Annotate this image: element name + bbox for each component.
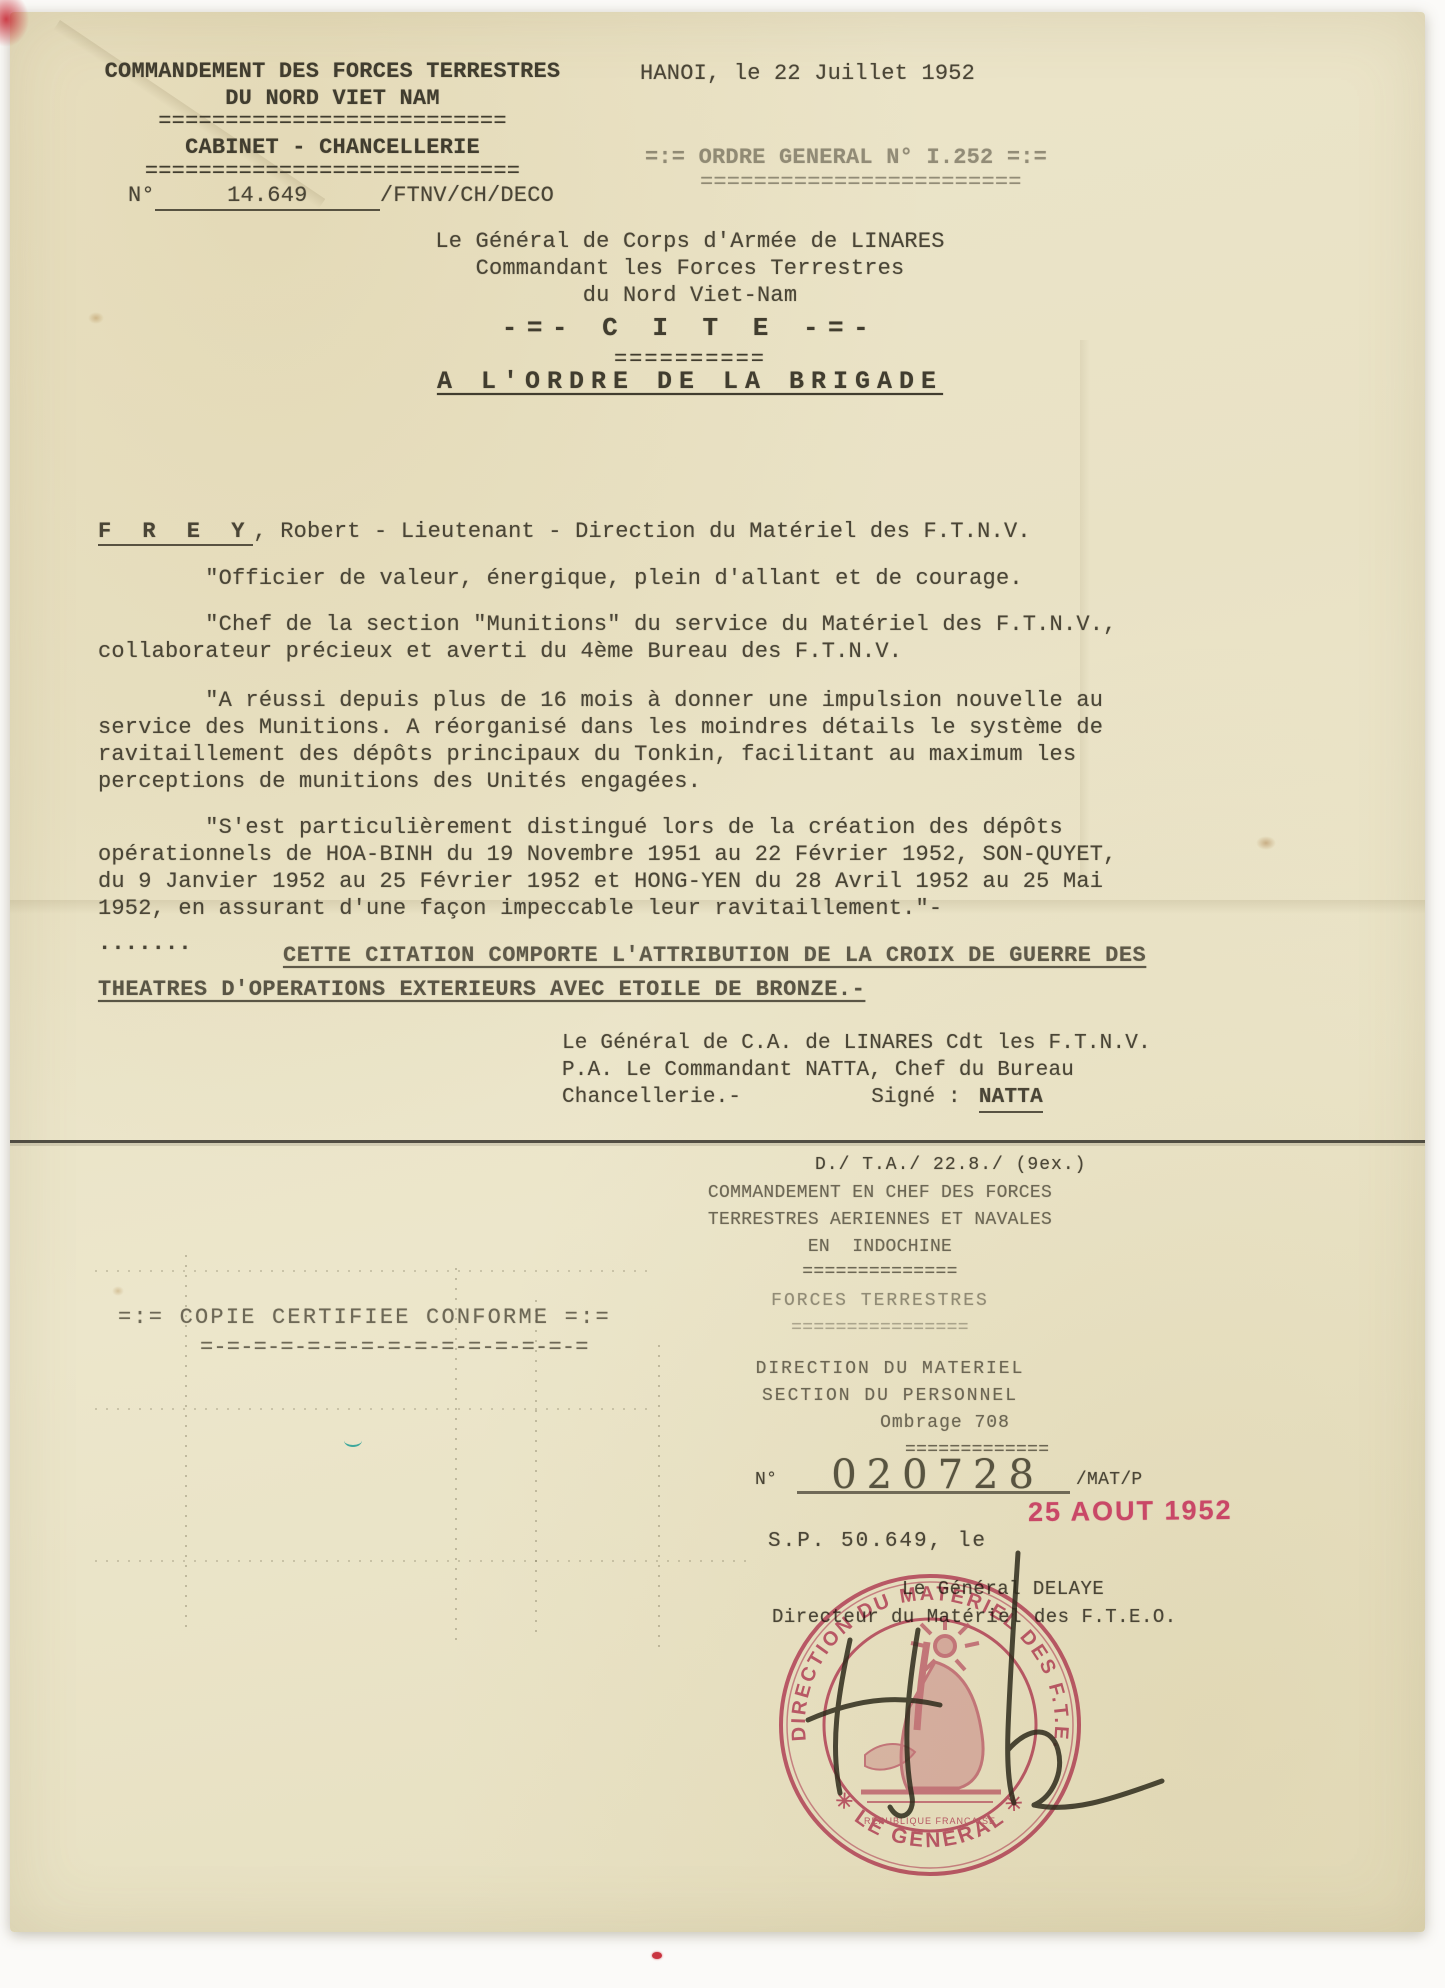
teal-pen-mark xyxy=(344,1434,362,1447)
chancellerie-label: Chancellerie.- xyxy=(562,1084,741,1111)
signe-label: Signé : xyxy=(871,1084,961,1111)
signed-name: NATTA xyxy=(979,1084,1043,1113)
citation-paragraph-4: "S'est particulièrement distingué lors d… xyxy=(98,814,1178,922)
citation-paragraph-1: "Officier de valeur, énergique, plein d'… xyxy=(98,565,1168,592)
signatory-line-1: Le Général de C.A. de LINARES Cdt les F.… xyxy=(562,1030,1151,1057)
dotted-guide xyxy=(95,1408,655,1410)
date-stamp: 25 AOUT 1952 xyxy=(1028,1497,1233,1526)
typed-rule: =-=-=-=-=-=-=-=-=-=-=-=-=-=-= xyxy=(200,1334,589,1361)
award-line-2: THEATRES D'OPERATIONS EXTERIEURS AVEC ET… xyxy=(98,976,865,1003)
ref-prefix: N° xyxy=(128,182,155,209)
cabinet-chancellerie: CABINET - CHANCELLERIE xyxy=(90,134,575,161)
red-dot-mark xyxy=(652,1952,662,1959)
citation-paragraph-2: "Chef de la section "Munitions" du servi… xyxy=(98,611,1168,665)
ref-suffix: /FTNV/CH/DECO xyxy=(380,182,554,209)
issuing-command-line1: COMMANDEMENT DES FORCES TERRESTRES xyxy=(90,58,575,85)
scanned-document: COMMANDEMENT DES FORCES TERRESTRES DU NO… xyxy=(0,0,1445,1988)
citation-paragraph-3: "A réussi depuis plus de 16 mois à donne… xyxy=(98,687,1168,795)
reference-number-line: N° 14.649 /FTNV/CH/DECO xyxy=(128,182,554,211)
authority-block: Le Général de Corps d'Armée de LINARES C… xyxy=(290,228,1090,309)
typed-rule: ======================== xyxy=(700,169,1022,196)
section-personnel: SECTION DU PERSONNEL xyxy=(640,1383,1140,1410)
ombrage-line: Ombrage 708 xyxy=(695,1410,1195,1437)
direction-materiel: DIRECTION DU MATERIEL xyxy=(640,1356,1140,1383)
stamped-number: 020728 xyxy=(797,1462,1070,1494)
ref-number: 14.649 xyxy=(155,182,380,211)
cite-subtitle: A L'ORDRE DE LA BRIGADE xyxy=(340,368,1040,395)
dotted-guide xyxy=(95,1560,755,1562)
cited-name-details: , Robert - Lieutenant - Direction du Mat… xyxy=(253,519,1030,544)
cite-title: -=- C I T E -=- xyxy=(390,315,990,342)
registration-number-line: N° 020728 /MAT/P xyxy=(755,1462,1143,1494)
typed-rule: ========================== xyxy=(90,108,575,135)
typed-rule: ============== xyxy=(625,1259,1135,1286)
forces-terrestres: FORCES TERRESTRES xyxy=(625,1288,1135,1315)
transmission-ref: D./ T.A./ 22.8./ (9ex.) xyxy=(815,1152,1086,1179)
typed-rule: ================ xyxy=(625,1315,1135,1342)
red-ink-smudge xyxy=(0,0,30,48)
signatory-line-2: P.A. Le Commandant NATTA, Chef du Bureau xyxy=(562,1057,1074,1084)
num-prefix: N° xyxy=(755,1467,777,1494)
dotted-guide xyxy=(95,1270,655,1272)
commandement-chef-block: COMMANDEMENT EN CHEF DES FORCES TERRESTR… xyxy=(625,1180,1135,1261)
horizontal-divider xyxy=(10,1140,1425,1143)
typed-rule: ============================ xyxy=(90,158,575,185)
award-line-1: CETTE CITATION COMPORTE L'ATTRIBUTION DE… xyxy=(283,942,1146,969)
handwritten-signature xyxy=(790,1545,1170,1840)
order-general-title: =:= ORDRE GENERAL N° I.252 =:= xyxy=(645,144,1047,171)
cited-name: F R E Y xyxy=(98,519,253,546)
signatory-line-3: Chancellerie.- Signé : NATTA xyxy=(562,1084,1043,1113)
copie-certifiee: =:= COPIE CERTIFIEE CONFORME =:= xyxy=(118,1304,611,1331)
dotted-lead: ....... xyxy=(98,930,192,957)
place-date: HANOI, le 22 Juillet 1952 xyxy=(640,60,975,87)
num-suffix: /MAT/P xyxy=(1076,1467,1143,1494)
citation-name-line: F R E Y, Robert - Lieutenant - Direction… xyxy=(98,518,1031,545)
